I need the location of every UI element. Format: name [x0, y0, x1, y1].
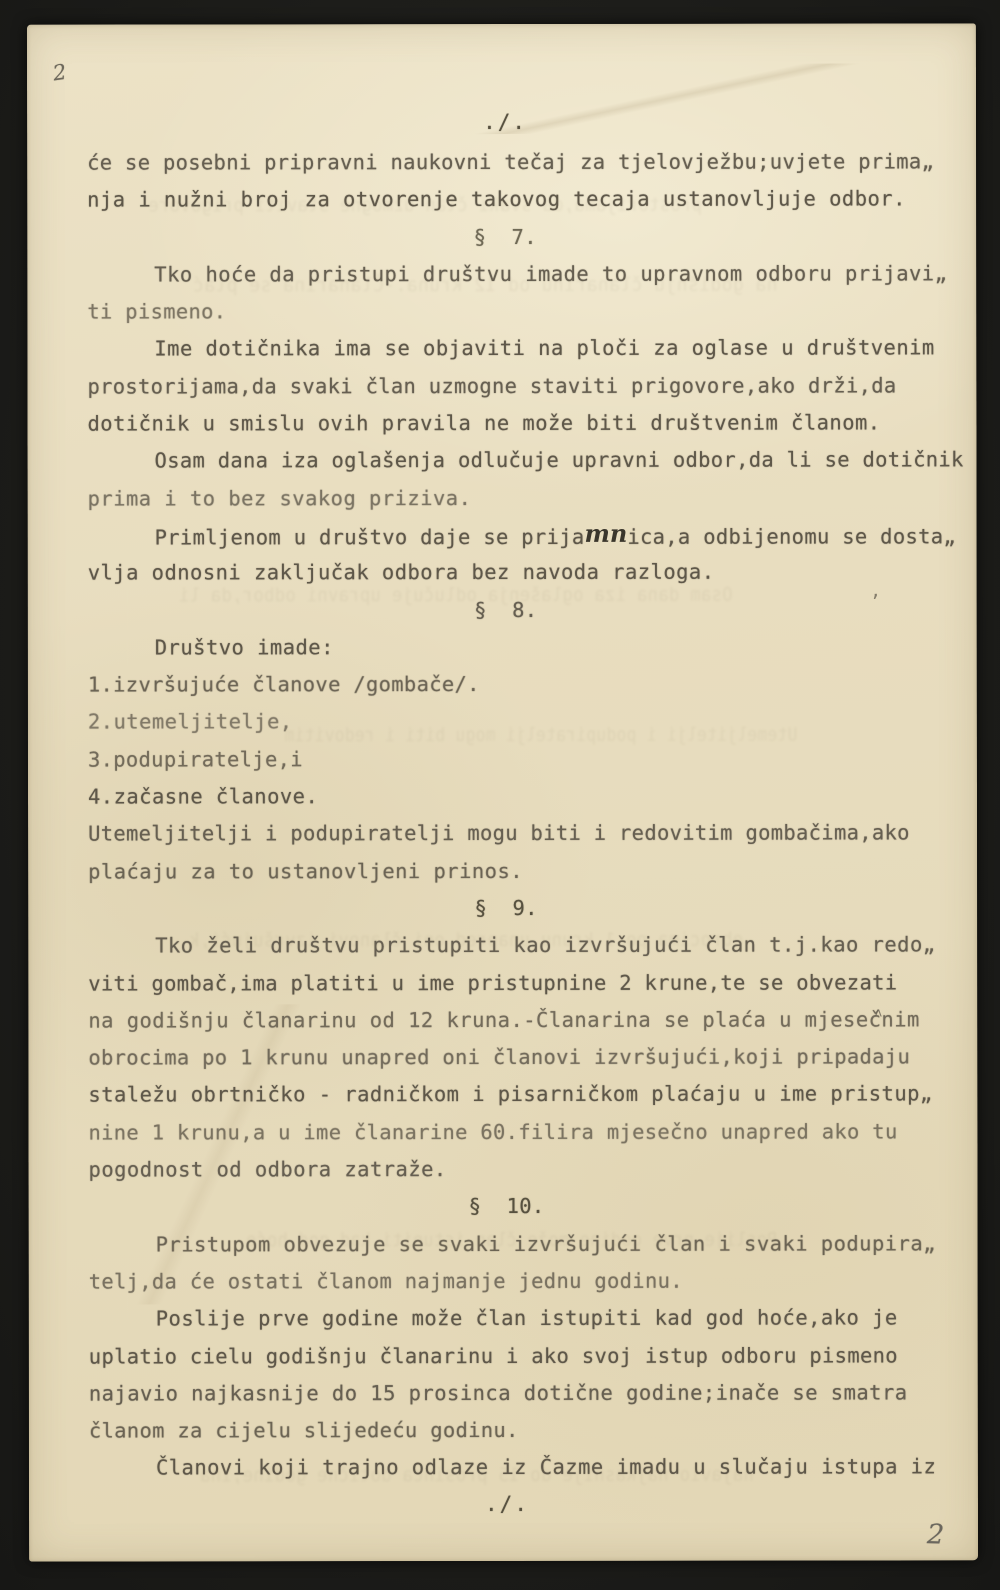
text-line: Primljenom u društvo daje se prijamnica,…: [88, 516, 924, 554]
section-heading: § 8.: [88, 591, 924, 629]
text-line: dotičnik u smislu ovih pravila ne može b…: [87, 404, 923, 442]
text-line: 1.izvršujuće članove /gombače/.: [88, 666, 924, 704]
text-line: Članovi koji trajno odlaze iz Čazme imad…: [89, 1449, 925, 1487]
section-heading: § 7.: [87, 218, 923, 256]
text-line: Društvo imade:: [88, 628, 924, 666]
text-line: Osam dana iza oglašenja odlučuje upravni…: [88, 442, 924, 480]
section-heading: § 10.: [89, 1188, 925, 1226]
page-number-pencil-bottom: 2: [927, 1519, 945, 1551]
typed-text: Primljenom u društvo daje se prija: [155, 525, 585, 550]
section-heading: § 9.: [88, 889, 924, 927]
text-line: prima i to bez svakog priziva.: [88, 479, 924, 517]
text-line: Poslije prve godine može član istupiti k…: [89, 1300, 925, 1338]
page-number-pencil-top: 2: [51, 60, 68, 86]
text-line: plaćaju za to ustanovljeni prinos.: [88, 852, 924, 890]
text-line: Ime dotičnika ima se objaviti na ploči z…: [87, 330, 923, 368]
text-line: nja i nužni broj za otvorenje takovog te…: [87, 181, 923, 219]
continuation-mark-bottom: ./.: [89, 1491, 925, 1516]
text-line: Tko želi društvu pristupiti kao izvršuju…: [88, 927, 924, 965]
text-line: telj,da će ostati članom najmanje jednu …: [89, 1262, 925, 1300]
text-line: 2.utemeljitelje,: [88, 703, 924, 741]
text-line: staležu obrtničko - radničkom i pisarnič…: [88, 1076, 924, 1114]
text-line: najavio najkasnije do 15 prosinca dotičn…: [89, 1374, 925, 1412]
scanned-page: 2 ./. će se posebni pripravni naukovni t…: [27, 23, 978, 1561]
text-line: obrocima po 1 krunu unapred oni članovi …: [88, 1039, 924, 1077]
text-line: viti gombač,ima platiti u ime pristupnin…: [88, 964, 924, 1002]
text-line: 4.začasne članove.: [88, 777, 924, 815]
text-line: članom za cijelu slijedeću godinu.: [89, 1412, 925, 1450]
scan-background: { "page": { "description": "Scanned type…: [0, 0, 1000, 1590]
handwritten-correction: mn: [584, 515, 627, 552]
text-line: prostorijama,da svaki član uzmogne stavi…: [87, 367, 923, 405]
text-line: 3.podupiratelje,i: [88, 740, 924, 778]
text-line: će se posebni pripravni naukovni tečaj z…: [87, 143, 923, 181]
stray-pencil-mark: ʌ: [874, 1005, 882, 1020]
text-line: uplatio cielu godišnju članarinu i ako s…: [89, 1337, 925, 1375]
text-column: će se posebni pripravni naukovni tečaj z…: [87, 143, 925, 1487]
stray-pencil-mark: ’: [870, 591, 881, 612]
text-line: ti pismeno.: [87, 293, 923, 331]
typed-text: ica,a odbijenomu se dosta„: [627, 524, 956, 548]
text-line: Pristupom obvezuje se svaki izvršujući č…: [89, 1225, 925, 1263]
continuation-mark-top: ./.: [87, 109, 923, 134]
text-line: Tko hoće da pristupi društvu imade to up…: [87, 255, 923, 293]
text-line: Utemeljitelji i podupiratelji mogu biti …: [88, 815, 924, 853]
text-line: nine 1 krunu,a u ime članarine 60.filira…: [88, 1113, 924, 1151]
text-line: vlja odnosni zaključak odbora bez navoda…: [88, 554, 924, 592]
text-line: na godišnju članarinu od 12 kruna.-Člana…: [88, 1001, 924, 1039]
text-line: pogodnost od odbora zatraže.: [89, 1150, 925, 1188]
